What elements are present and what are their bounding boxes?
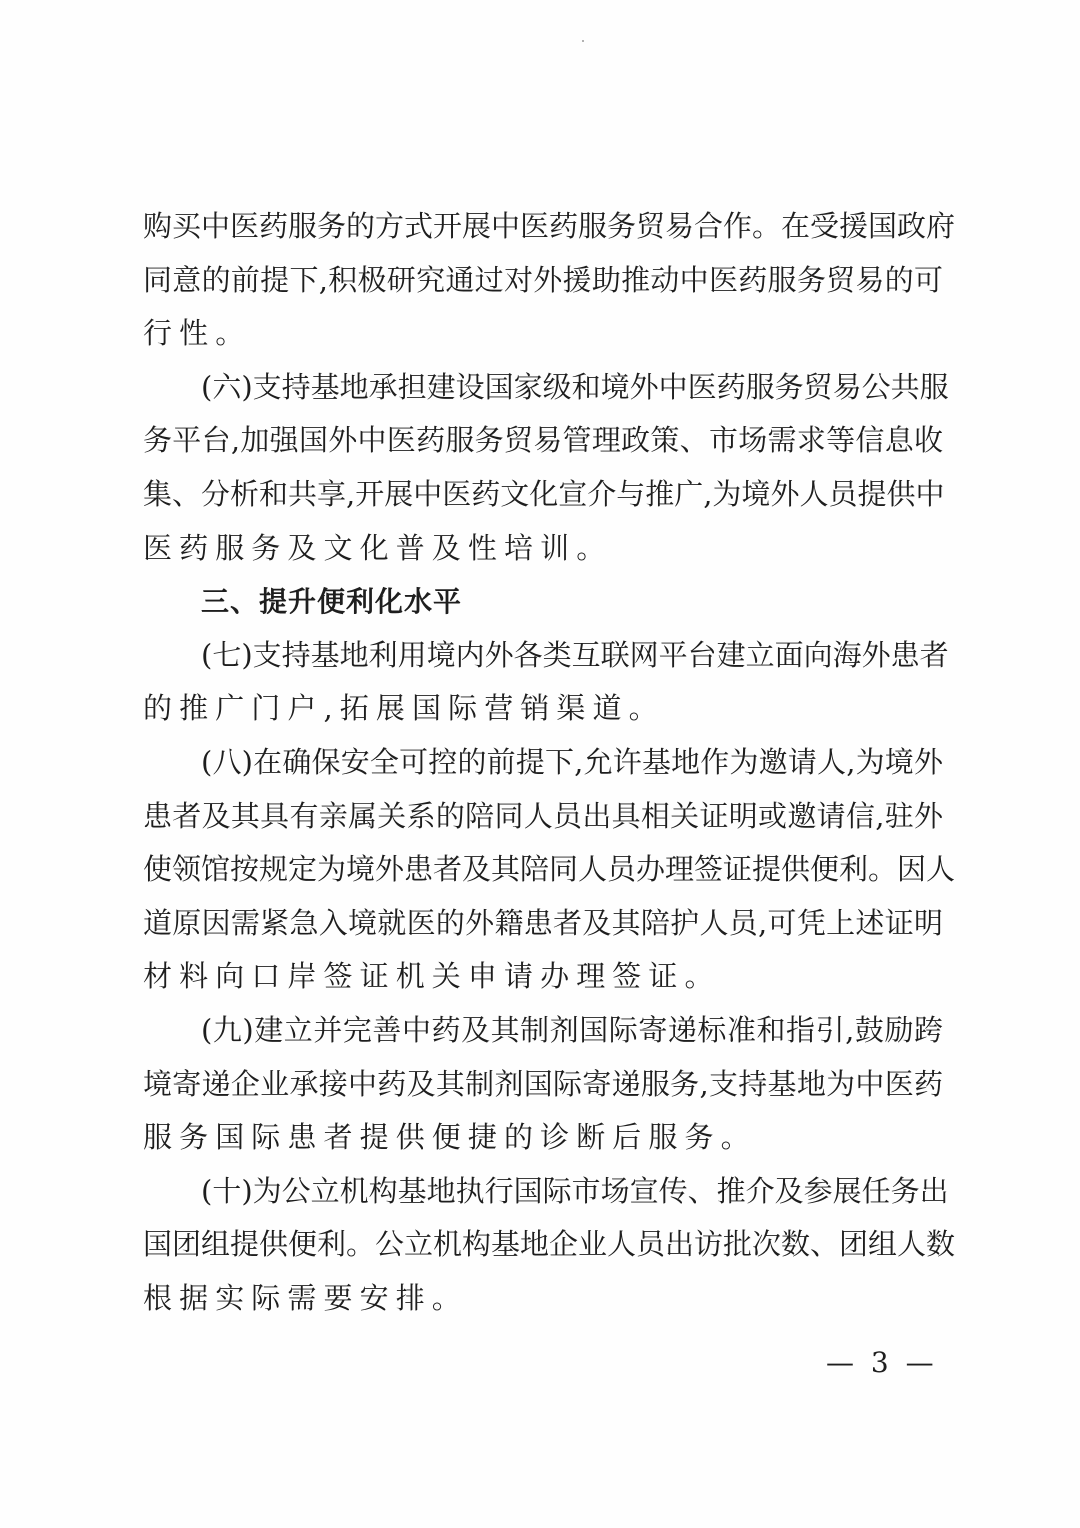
document-body: 购买中医药服务的方式开展中医药服务贸易合作。在受援国政府 同意的前提下,积极研究… (143, 200, 943, 1325)
text-line: 境寄递企业承接中药及其制剂国际寄递服务,支持基地为中医药 (143, 1058, 943, 1112)
text-line: 服务国际患者提供便捷的诊断后服务。 (143, 1111, 943, 1165)
text-line: 同意的前提下,积极研究通过对外援助推动中医药服务贸易的可 (143, 254, 943, 308)
text-line: 医药服务及文化普及性培训。 (143, 522, 943, 576)
text-line: (九)建立并完善中药及其制剂国际寄递标准和指引,鼓励跨 (143, 1004, 943, 1058)
paragraph-item-8: (八)在确保安全可控的前提下,允许基地作为邀请人,为境外 患者及其具有亲属关系的… (143, 736, 943, 1004)
text-line: (十)为公立机构基地执行国际市场宣传、推介及参展任务出 (143, 1165, 943, 1219)
text-line: (八)在确保安全可控的前提下,允许基地作为邀请人,为境外 (143, 736, 943, 790)
text-line: 材料向口岸签证机关申请办理签证。 (143, 950, 943, 1004)
paragraph-item-7: (七)支持基地利用境内外各类互联网平台建立面向海外患者 的推广门户,拓展国际营销… (143, 629, 943, 736)
text-line: (七)支持基地利用境内外各类互联网平台建立面向海外患者 (143, 629, 943, 683)
text-line: 国团组提供便利。公立机构基地企业人员出访批次数、团组人数 (143, 1218, 943, 1272)
text-line: 道原因需紧急入境就医的外籍患者及其陪护人员,可凭上述证明 (143, 897, 943, 951)
paragraph-item-10: (十)为公立机构基地执行国际市场宣传、推介及参展任务出 国团组提供便利。公立机构… (143, 1165, 943, 1326)
paragraph-continuation: 购买中医药服务的方式开展中医药服务贸易合作。在受援国政府 同意的前提下,积极研究… (143, 200, 943, 361)
text-line: 集、分析和共享,开展中医药文化宣介与推广,为境外人员提供中 (143, 468, 943, 522)
text-line: 行性。 (143, 307, 943, 361)
text-line: 使领馆按规定为境外患者及其陪同人员办理签证提供便利。因人 (143, 843, 943, 897)
page-number: — 3 — (826, 1346, 938, 1379)
text-line: 购买中医药服务的方式开展中医药服务贸易合作。在受援国政府 (143, 200, 943, 254)
text-line: 的推广门户,拓展国际营销渠道。 (143, 682, 943, 736)
text-line: (六)支持基地承担建设国家级和境外中医药服务贸易公共服 (143, 361, 943, 415)
text-line: 务平台,加强国外中医药服务贸易管理政策、市场需求等信息收 (143, 414, 943, 468)
text-line: 患者及其具有亲属关系的陪同人员出具相关证明或邀请信,驻外 (143, 790, 943, 844)
paragraph-item-6: (六)支持基地承担建设国家级和境外中医药服务贸易公共服 务平台,加强国外中医药服… (143, 361, 943, 575)
section-heading: 三、提升便利化水平 (143, 575, 943, 629)
paragraph-item-9: (九)建立并完善中药及其制剂国际寄递标准和指引,鼓励跨 境寄递企业承接中药及其制… (143, 1004, 943, 1165)
document-page: 购买中医药服务的方式开展中医药服务贸易合作。在受援国政府 同意的前提下,积极研究… (0, 0, 1080, 1528)
scan-speck (582, 40, 584, 42)
text-line: 根据实际需要安排。 (143, 1272, 943, 1326)
